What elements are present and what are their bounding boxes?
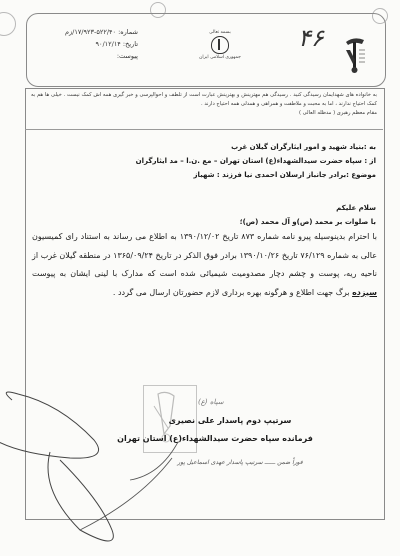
blessing: با صلوات بر محمد (ص)و آل محمد (ص)؛ — [60, 216, 376, 230]
tulip-emblem-icon — [211, 36, 229, 54]
page-count-underlined: سیزده — [352, 288, 377, 297]
letter-meta: شماره: ۵۲۲/۴۰-۱۷/۹۲۳/زم تاریخ: ۹۰/۱۲/۱۴ … — [48, 26, 138, 62]
stamp-text: سپاه (ع) — [198, 398, 224, 406]
greeting-block: سلام علیکم با صلوات بر محمد (ص)و آل محمد… — [60, 202, 376, 229]
handwritten-page-number: ۴۶ — [298, 24, 324, 52]
letter-body: با احترام بدینوسیله پیرو نامه شماره ۸۷۳ … — [32, 228, 377, 302]
signature-scribble-icon — [0, 380, 180, 556]
emblem-country-text: جمهوری اسلامی ایران — [190, 55, 250, 60]
attachment-field: پیوست: — [48, 50, 138, 62]
reference-number: شماره: ۵۲۲/۴۰-۱۷/۹۲۳/زم — [48, 26, 138, 38]
addressing-block: به :بنیاد شهید و امور ایثارگران گیلان غر… — [60, 140, 376, 182]
subject-line: موضوع :برادر جانباز ارسلان احمدی نیا فرز… — [60, 168, 376, 182]
punch-hole — [0, 12, 16, 36]
quote-attribution: مقام معظم رهبری ( مدظله العالی ) — [31, 109, 377, 118]
sender-line: از : سپاه حضرت سیدالشهداء(ع) استان تهران… — [60, 154, 376, 168]
emblem-top-text: بسمه تعالی — [190, 30, 250, 35]
irgc-logo-icon — [342, 36, 368, 76]
scanned-letter: شماره: ۵۲۲/۴۰-۱۷/۹۲۳/زم تاریخ: ۹۰/۱۲/۱۴ … — [0, 0, 400, 556]
iran-emblem-icon: بسمه تعالی جمهوری اسلامی ایران — [190, 30, 250, 60]
recipient-line: به :بنیاد شهید و امور ایثارگران گیلان غر… — [60, 140, 376, 154]
letter-date: تاریخ: ۹۰/۱۲/۱۴ — [48, 38, 138, 50]
quote-text: به خانواده های شهدایمان رسیدگی کنید . رس… — [31, 92, 377, 107]
leader-quote: به خانواده های شهدایمان رسیدگی کنید . رس… — [25, 88, 383, 130]
salutation: سلام علیکم — [60, 202, 376, 216]
